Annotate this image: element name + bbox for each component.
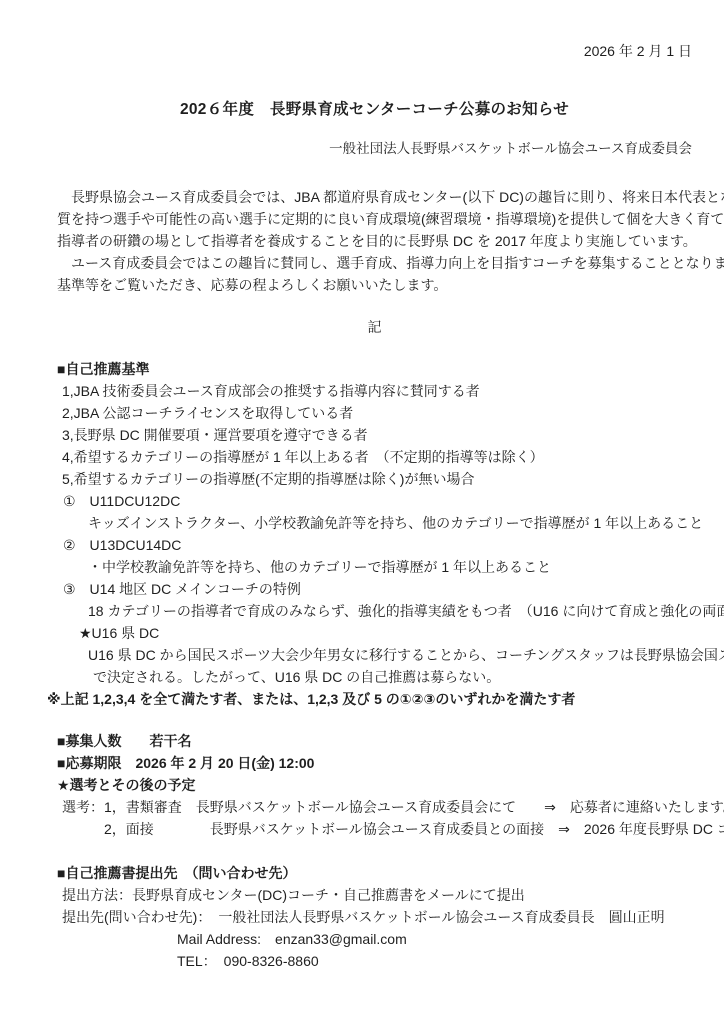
criteria-item: 1,JBA 技術委員会ユース育成部会の推奨する指導内容に賛同する者: [57, 380, 692, 402]
mail-address: Mail Address: enzan33@gmail.com: [57, 928, 692, 950]
case-title: ③ U14 地区 DC メインコーチの特例: [57, 578, 692, 600]
intro-line: 長野県協会ユース育成委員会では、JBA 都道府県育成センター(以下 DC)の趣旨…: [57, 186, 692, 208]
case-detail: ・中学校教諭免許等を持ち、他のカテゴリーで指導歴が 1 年以上あること: [57, 556, 692, 578]
intro-line: 基準等をご覧いただき、応募の程よろしくお願いいたします。: [57, 274, 692, 296]
case-title: ① U11DCU12DC: [57, 490, 692, 512]
recruitment-section: ■募集人数 若干名 ■応募期限 2026 年 2 月 20 日(金) 12:00…: [57, 730, 692, 840]
case-title: ② U13DCU14DC: [57, 534, 692, 556]
case-detail: キッズインストラクター、小学校教諭免許等を持ち、他のカテゴリーで指導歴が 1 年…: [57, 512, 692, 534]
intro-paragraph-2: ユース育成委員会ではこの趣旨に賛同し、選手育成、指導力向上を目指すコーチを募集す…: [57, 252, 692, 296]
intro-line: 質を持つ選手や可能性の高い選手に定期的に良い育成環境(練習環境・指導環境)を提供…: [57, 208, 692, 230]
submission-method: 提出方法：長野県育成センター(DC)コーチ・自己推薦書をメールにて提出: [57, 884, 692, 906]
intro-paragraph-1: 長野県協会ユース育成委員会では、JBA 都道府県育成センター(以下 DC)の趣旨…: [57, 186, 692, 252]
selection-step: 2，面接 長野県バスケットボール協会ユース育成委員との面接 ⇒ 2026 年度長…: [57, 818, 692, 840]
star-case-detail: U16 県 DC から国民スポーツ大会少年男女に移行することから、コーチングスタ…: [57, 644, 692, 666]
criteria-item: 3,長野県 DC 開催要項・運営要項を遵守できる者: [57, 424, 692, 446]
submission-section: ■自己推薦書提出先 （問い合わせ先） 提出方法：長野県育成センター(DC)コーチ…: [57, 862, 692, 972]
selection-step: 選考：1，書類審査 長野県バスケットボール協会ユース育成委員会にて ⇒ 応募者に…: [57, 796, 692, 818]
star-case-title: ★U16 県 DC: [57, 622, 692, 644]
criteria-section: ■自己推薦基準 1,JBA 技術委員会ユース育成部会の推奨する指導内容に賛同する…: [57, 358, 692, 710]
intro-line: 指導者の研鑽の場として指導者を養成することを目的に長野県 DC を 2017 年…: [57, 230, 692, 252]
case-detail: 18 カテゴリーの指導者で育成のみならず、強化的指導実績をもつ者 （U16 に向…: [57, 600, 692, 622]
organization-name: 一般社団法人長野県バスケットボール協会ユース育成委員会: [57, 138, 692, 160]
star-case-detail: で決定される。したがって、U16 県 DC の自己推薦は募らない。: [57, 666, 692, 688]
criteria-item: 2,JBA 公認コーチライセンスを取得している者: [57, 402, 692, 424]
criteria-item: 4,希望するカテゴリーの指導歴が 1 年以上ある者 （不定期的指導等は除く）: [57, 446, 692, 468]
intro-line: ユース育成委員会ではこの趣旨に賛同し、選手育成、指導力向上を目指すコーチを募集す…: [57, 252, 692, 274]
record-marker: 記: [57, 316, 692, 338]
page-title: 202６年度 長野県育成センターコーチ公募のお知らせ: [57, 98, 692, 122]
document-date: 2026 年 2 月 1 日: [57, 40, 692, 62]
telephone-number: TEL： 090-8326-8860: [57, 950, 692, 972]
criteria-note: ※上記 1,2,3,4 を全て満たす者、または、1,2,3 及び 5 の①②③の…: [47, 688, 692, 710]
criteria-heading: ■自己推薦基準: [57, 358, 692, 380]
headcount-line: ■募集人数 若干名: [57, 730, 692, 752]
selection-heading: ★選考とその後の予定: [57, 774, 692, 796]
criteria-item: 5,希望するカテゴリーの指導歴(不定期的指導歴は除く)が無い場合: [57, 468, 692, 490]
submission-recipient: 提出先(問い合わせ先)： 一般社団法人長野県バスケットボール協会ユース育成委員長…: [57, 906, 692, 928]
deadline-line: ■応募期限 2026 年 2 月 20 日(金) 12:00: [57, 752, 692, 774]
document-page: 2026 年 2 月 1 日 202６年度 長野県育成センターコーチ公募のお知ら…: [0, 0, 724, 1024]
submission-heading: ■自己推薦書提出先 （問い合わせ先）: [57, 862, 692, 884]
